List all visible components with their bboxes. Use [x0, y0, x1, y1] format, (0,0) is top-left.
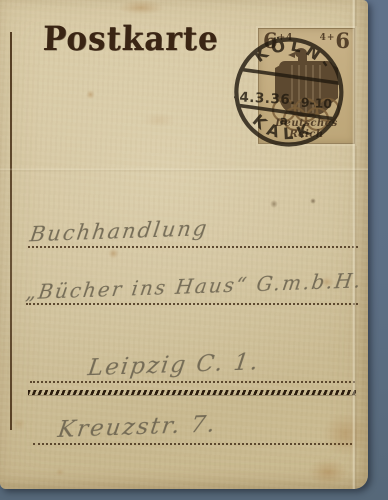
ink-speck: [270, 200, 278, 208]
handwritten-line-3: Leipzig C. 1.: [86, 349, 261, 381]
postmark-date: -4.3.36.: [233, 89, 296, 108]
address-dotted-line-2: [26, 303, 358, 305]
foxing-stain: [142, 112, 176, 128]
address-dotted-line-1: [28, 246, 358, 248]
handwritten-line-1: Buchhandlung: [28, 216, 210, 246]
postcard-title: Postkarte: [42, 23, 219, 56]
postmark-time: 9-10: [300, 95, 332, 112]
foxing-stain: [55, 468, 65, 476]
foxing-stain: [308, 458, 348, 486]
handwritten-line-4: Kreuzstr. 7.: [56, 411, 218, 443]
address-heavy-line: [28, 390, 356, 395]
foxing-stain: [86, 90, 95, 99]
horizontal-crease: [0, 168, 368, 172]
postmark: KÖLN- KALK -4.3.36. 9-10 a: [213, 15, 364, 166]
address-dotted-line-4: [33, 443, 352, 445]
foxing-stain: [108, 248, 119, 259]
handwritten-line-2: „Bücher ins Haus“ G.m.b.H.: [24, 268, 364, 304]
ink-speck: [310, 198, 316, 204]
address-dotted-line-3: [30, 381, 355, 383]
foxing-stain: [322, 412, 368, 456]
postcard: Postkarte 6+4 4+6: [0, 0, 368, 489]
foxing-stain: [118, 0, 164, 15]
foxing-stain: [12, 418, 26, 430]
left-margin-rule: [10, 32, 12, 430]
